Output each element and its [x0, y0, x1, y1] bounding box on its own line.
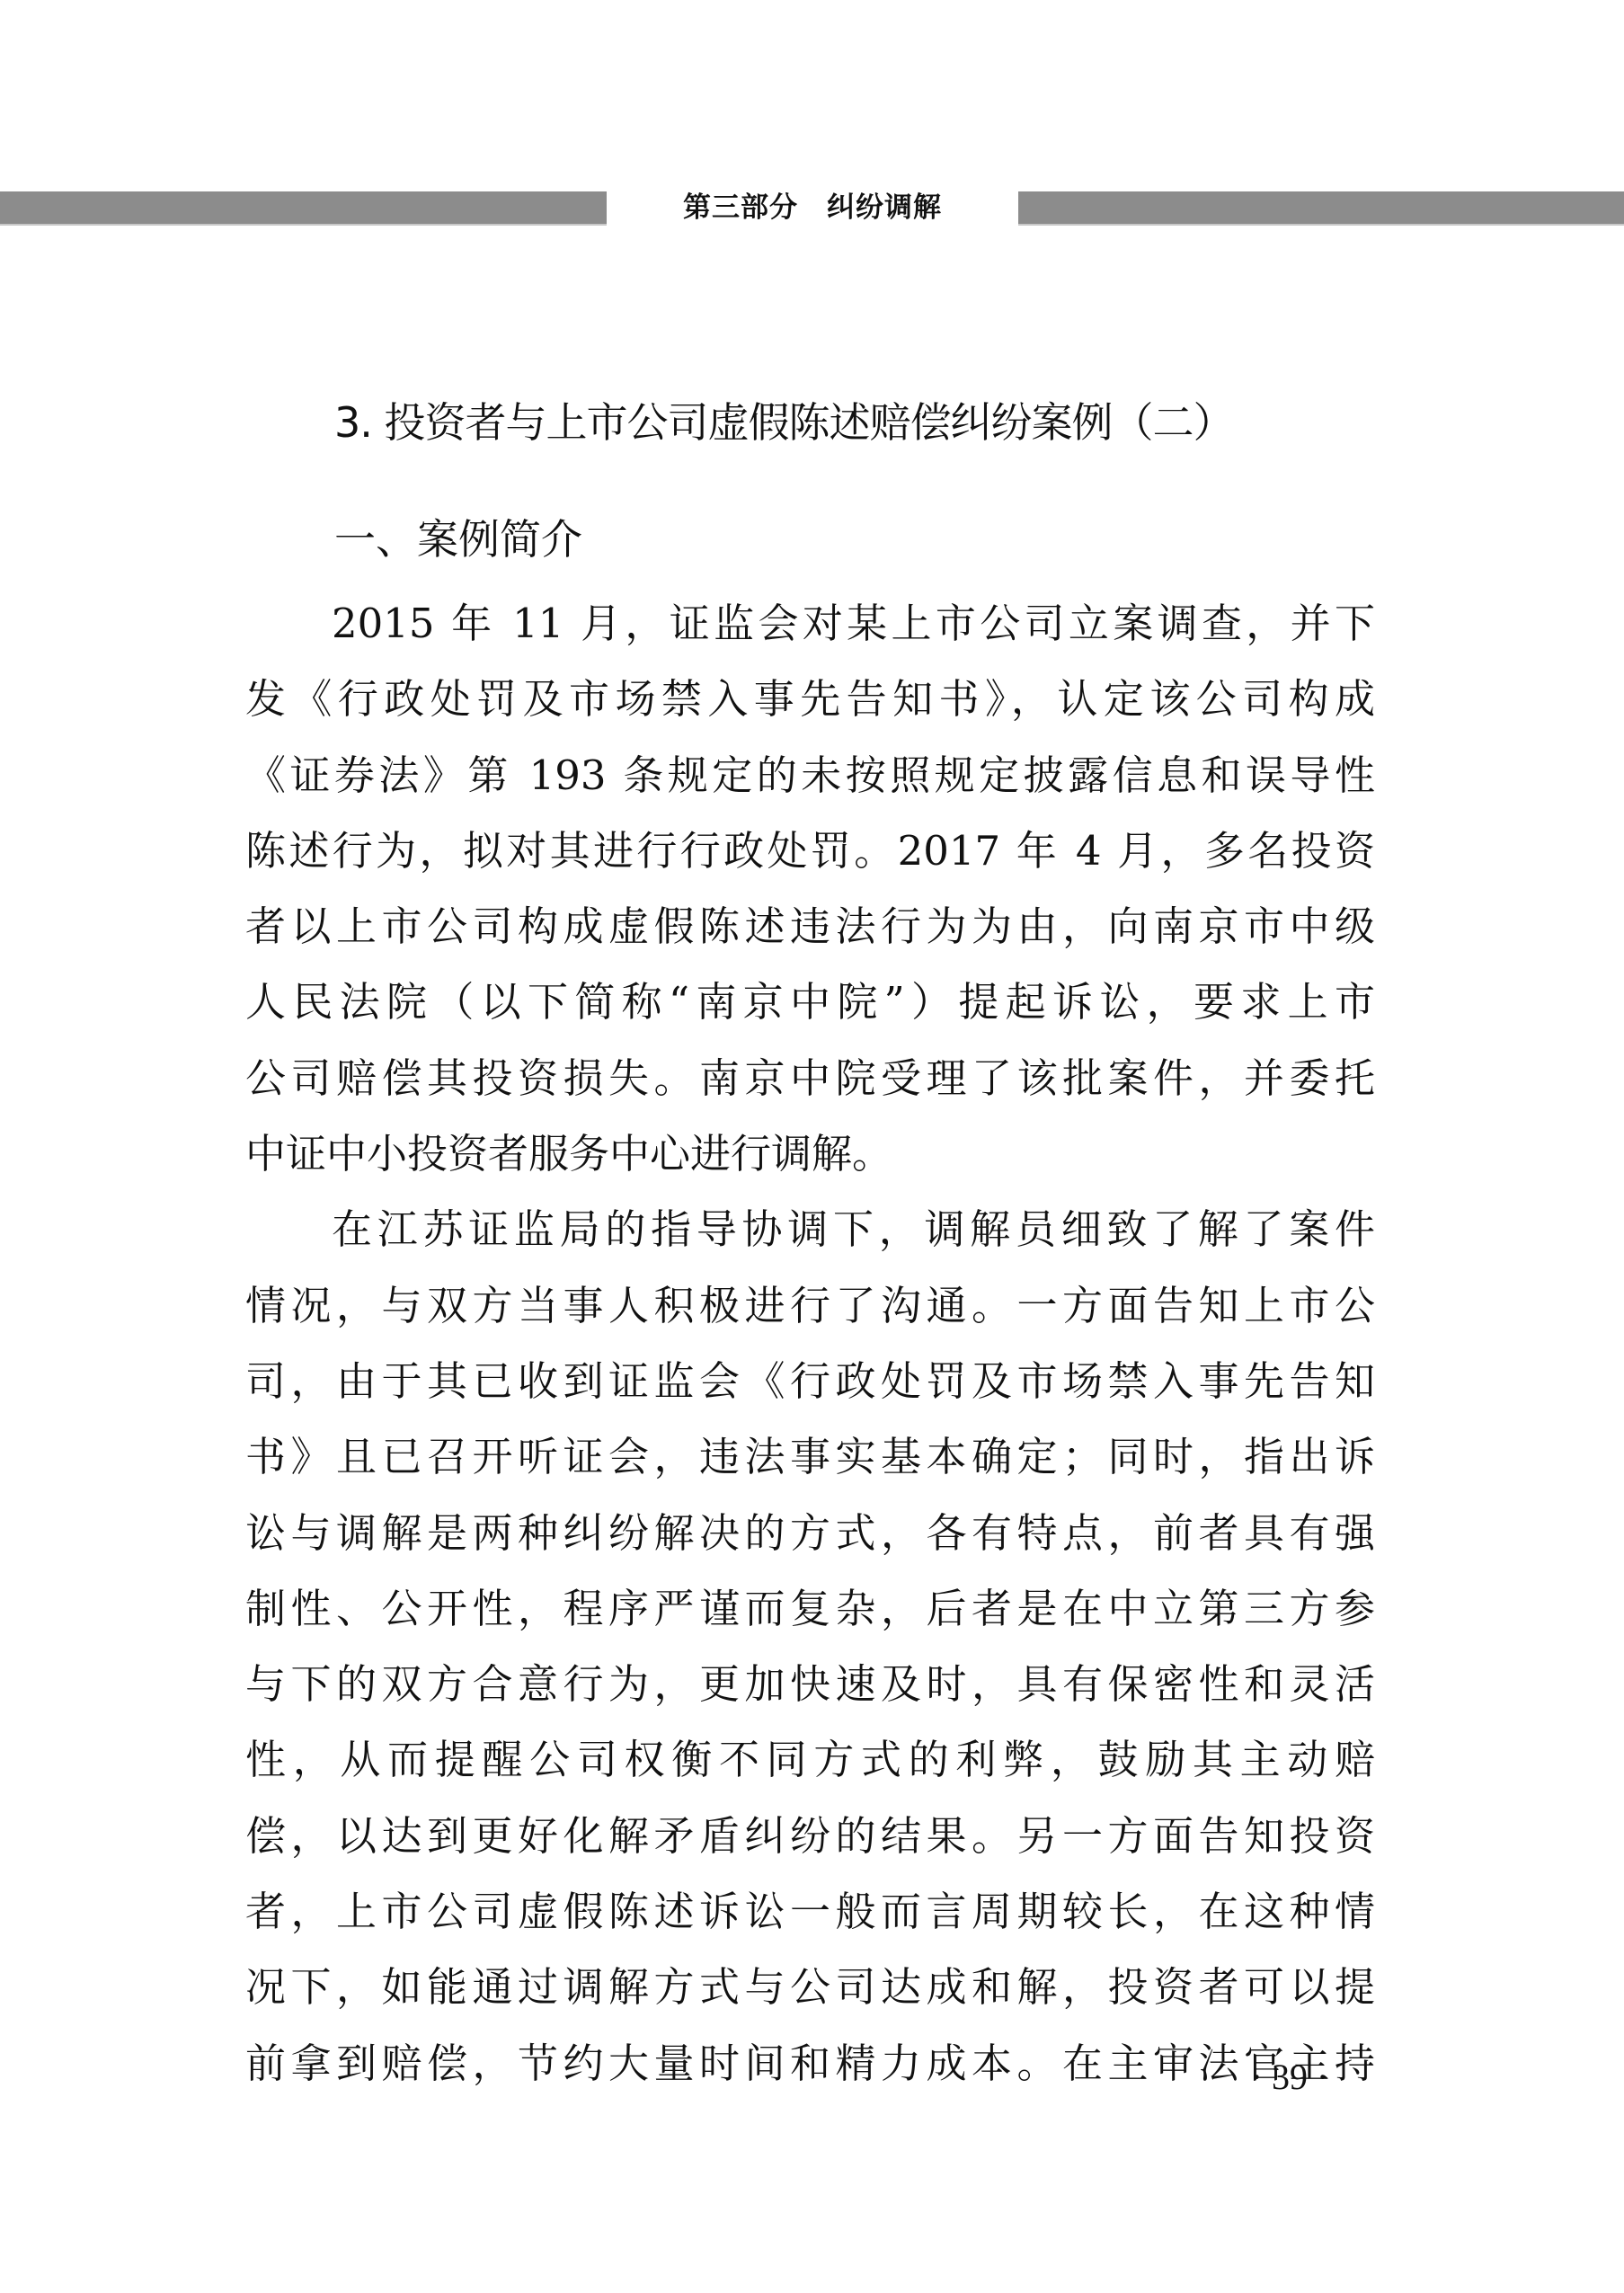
paragraph-line: 发《行政处罚及市场禁入事先告知书》，认定该公司构成: [245, 662, 1375, 737]
paragraph-line: 司，由于其已收到证监会《行政处罚及市场禁入事先告知: [245, 1344, 1375, 1419]
paragraph-line: 讼与调解是两种纠纷解决的方式，各有特点，前者具有强: [245, 1496, 1375, 1571]
paragraph-line: 在江苏证监局的指导协调下，调解员细致了解了案件: [245, 1192, 1375, 1267]
paragraph-line: 前拿到赔偿，节约大量时间和精力成本。在主审法官主持: [245, 2026, 1375, 2102]
paragraph-line: 《证券法》第 193 条规定的未按照规定披露信息和误导性: [245, 738, 1375, 813]
header-bar-left: [0, 191, 607, 226]
page-number: · 39 ·: [1222, 2055, 1357, 2100]
paragraph-line: 制性、公开性，程序严谨而复杂，后者是在中立第三方参: [245, 1571, 1375, 1647]
paragraph-line: 况下，如能通过调解方式与公司达成和解，投资者可以提: [245, 1950, 1375, 2025]
running-header: 第三部分 纠纷调解: [607, 187, 1018, 228]
paragraph-line: 公司赔偿其投资损失。南京中院受理了该批案件，并委托: [245, 1041, 1375, 1116]
paragraph-line: 情况，与双方当事人积极进行了沟通。一方面告知上市公: [245, 1268, 1375, 1344]
section-heading: 一、案例简介: [334, 512, 582, 566]
paragraph-line: 性，从而提醒公司权衡不同方式的利弊，鼓励其主动赔: [245, 1722, 1375, 1798]
paragraph-line: 2015 年 11 月，证监会对某上市公司立案调查，并下: [245, 586, 1375, 662]
header-bar-right: [1018, 191, 1624, 226]
paragraph-line: 书》且已召开听证会，违法事实基本确定；同时，指出诉: [245, 1419, 1375, 1495]
case-title: 3. 投资者与上市公司虚假陈述赔偿纠纷案例（二）: [334, 395, 1234, 449]
paragraph-line: 者以上市公司构成虚假陈述违法行为为由，向南京市中级: [245, 889, 1375, 964]
body-text: 2015 年 11 月，证监会对某上市公司立案调查，并下 发《行政处罚及市场禁入…: [245, 586, 1375, 2102]
paragraph-line: 陈述行为，拟对其进行行政处罚。2017 年 4 月，多名投资: [245, 813, 1375, 889]
paragraph-line: 与下的双方合意行为，更加快速及时，具有保密性和灵活: [245, 1647, 1375, 1722]
paragraph-line: 偿，以达到更好化解矛盾纠纷的结果。另一方面告知投资: [245, 1799, 1375, 1874]
paragraph-line: 者，上市公司虚假陈述诉讼一般而言周期较长，在这种情: [245, 1874, 1375, 1950]
paragraph-line: 中证中小投资者服务中心进行调解。: [245, 1116, 1375, 1192]
paragraph-line: 人民法院（以下简称“南京中院”）提起诉讼，要求上市: [245, 964, 1375, 1040]
